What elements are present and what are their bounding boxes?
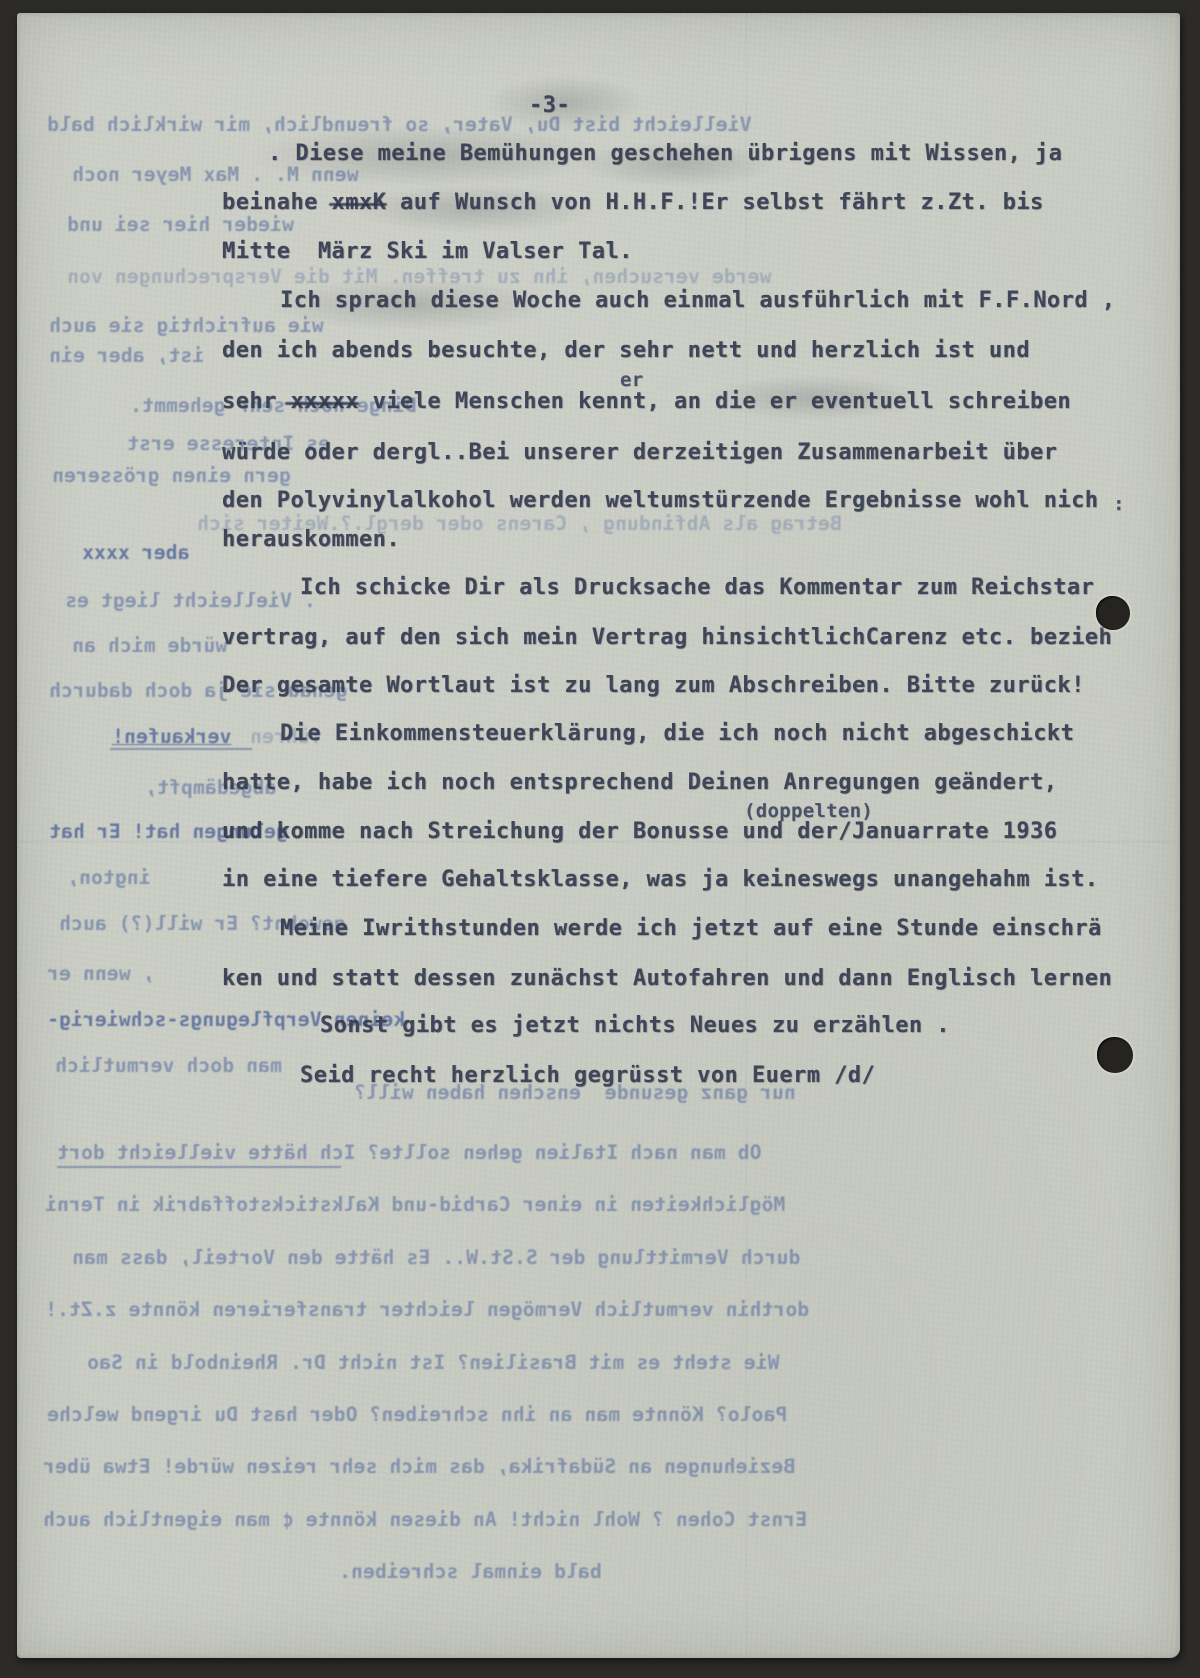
paper-sheet: Vielleicht bist Du, Vater, so freundlich…: [17, 13, 1180, 1658]
punch-hole: [1096, 596, 1130, 630]
scanned-letter-page: Vielleicht bist Du, Vater, so freundlich…: [0, 0, 1200, 1678]
punch-hole: [1097, 1037, 1133, 1073]
punch-hole-layer: [17, 13, 1180, 1658]
